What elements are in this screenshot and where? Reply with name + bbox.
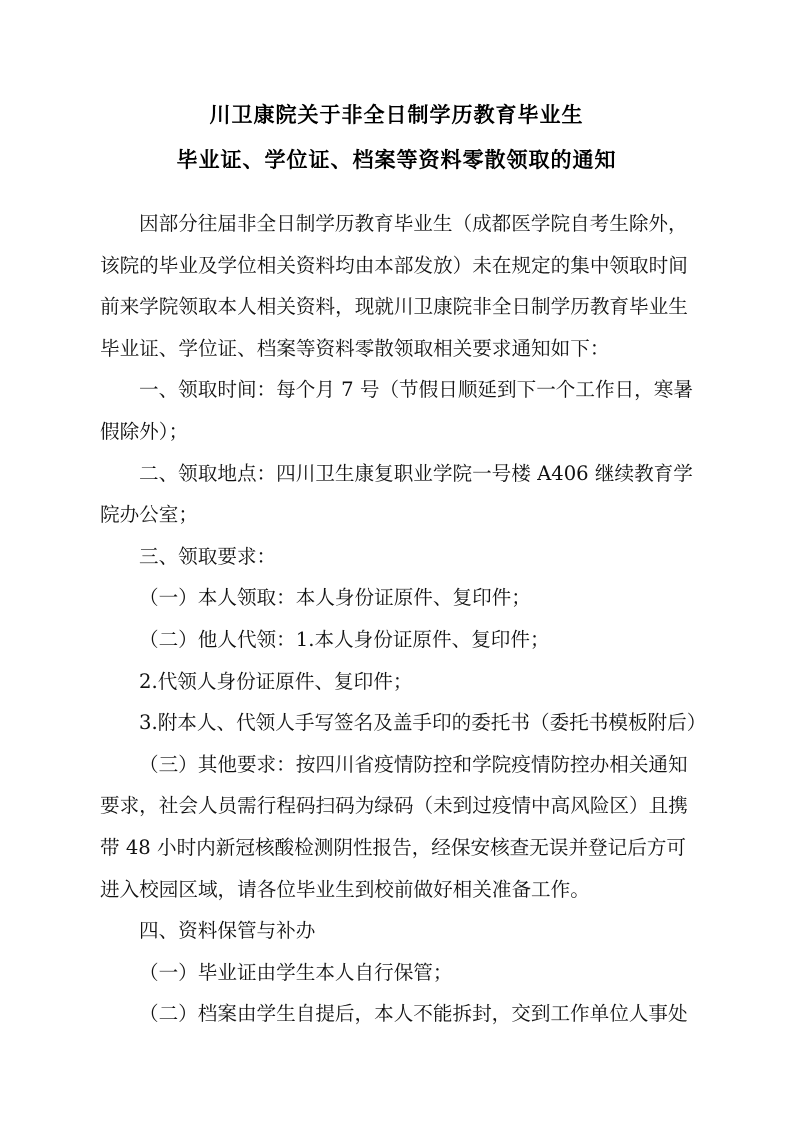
body-text-line: 假除外）； [100,411,693,453]
body-text-line: （二）他人代领：1.本人身份证原件、复印件； [100,619,693,661]
body-text-line: （三）其他要求：按四川省疫情防控和学院疫情防控办相关通知 [100,744,693,786]
body-text-line: 因部分往届非全日制学历教育毕业生（成都医学院自考生除外， [100,203,693,245]
body-text-line: 一、领取时间：每个月 7 号（节假日顺延到下一个工作日，寒暑 [100,369,693,411]
body-text-line: 四、资料保管与补办 [100,910,693,952]
body-text-line: 毕业证、学位证、档案等资料零散领取相关要求通知如下： [100,328,693,370]
body-text-line: （一）本人领取：本人身份证原件、复印件； [100,577,693,619]
body-text-line: 院办公室； [100,494,693,536]
body-text-line: （一）毕业证由学生本人自行保管； [100,952,693,994]
document-body: 因部分往届非全日制学历教育毕业生（成都医学院自考生除外，该院的毕业及学位相关资料… [0,203,793,1035]
body-text-line: 该院的毕业及学位相关资料均由本部发放）未在规定的集中领取时间 [100,245,693,287]
body-text-line: 3.附本人、代领人手写签名及盖手印的委托书（委托书模板附后） [100,702,693,744]
document-title: 川卫康院关于非全日制学历教育毕业生 毕业证、学位证、档案等资料零散领取的通知 [0,0,793,183]
body-text-line: 二、领取地点：四川卫生康复职业学院一号楼 A406 继续教育学 [100,453,693,495]
body-text-line: （二）档案由学生自提后，本人不能拆封，交到工作单位人事处 [100,993,693,1035]
document-title-line-2: 毕业证、学位证、档案等资料零散领取的通知 [0,138,793,183]
body-text-line: 带 48 小时内新冠核酸检测阴性报告，经保安核查无误并登记后方可 [100,827,693,869]
document-page: 川卫康院关于非全日制学历教育毕业生 毕业证、学位证、档案等资料零散领取的通知 因… [0,0,793,1122]
body-text-line: 进入校园区域，请各位毕业生到校前做好相关准备工作。 [100,869,693,911]
body-text-line: 2.代领人身份证原件、复印件； [100,661,693,703]
document-title-line-1: 川卫康院关于非全日制学历教育毕业生 [0,93,793,138]
body-text-line: 要求，社会人员需行程码扫码为绿码（未到过疫情中高风险区）且携 [100,785,693,827]
body-text-line: 前来学院领取本人相关资料，现就川卫康院非全日制学历教育毕业生 [100,286,693,328]
body-text-line: 三、领取要求： [100,536,693,578]
